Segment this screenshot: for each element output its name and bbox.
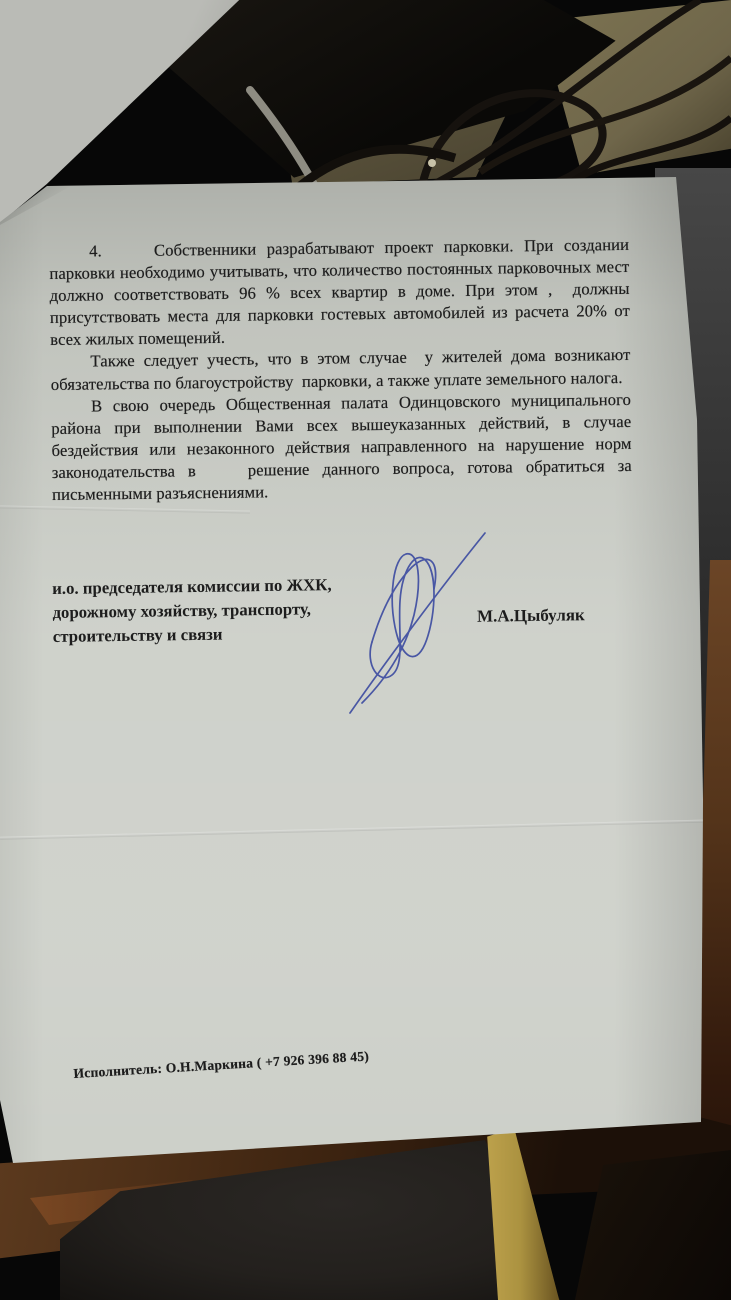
paragraph: Также следует учесть, что в этом случае …: [50, 344, 630, 395]
cable: [430, 0, 700, 186]
cable: [480, 58, 731, 172]
executor-note: Исполнитель: О.Н.Маркина ( +7 926 396 88…: [73, 1048, 369, 1082]
photo-scene: 4. Собственники разрабатывают проект пар…: [0, 0, 731, 1300]
light-cable: [250, 90, 316, 188]
fold-crease: [0, 819, 720, 840]
fold-crease: [0, 505, 250, 513]
document-body: 4. Собственники разрабатывают проект пар…: [49, 234, 632, 506]
paragraph: 4. Собственники разрабатывают проект пар…: [49, 234, 630, 352]
paragraph: В свою очередь Общественная палата Одинц…: [51, 389, 632, 507]
document-sheet: 4. Собственники разрабатывают проект пар…: [0, 0, 731, 1300]
signatory-name: М.А.Цыбуляк: [477, 605, 585, 627]
cable-connector: [428, 159, 436, 167]
